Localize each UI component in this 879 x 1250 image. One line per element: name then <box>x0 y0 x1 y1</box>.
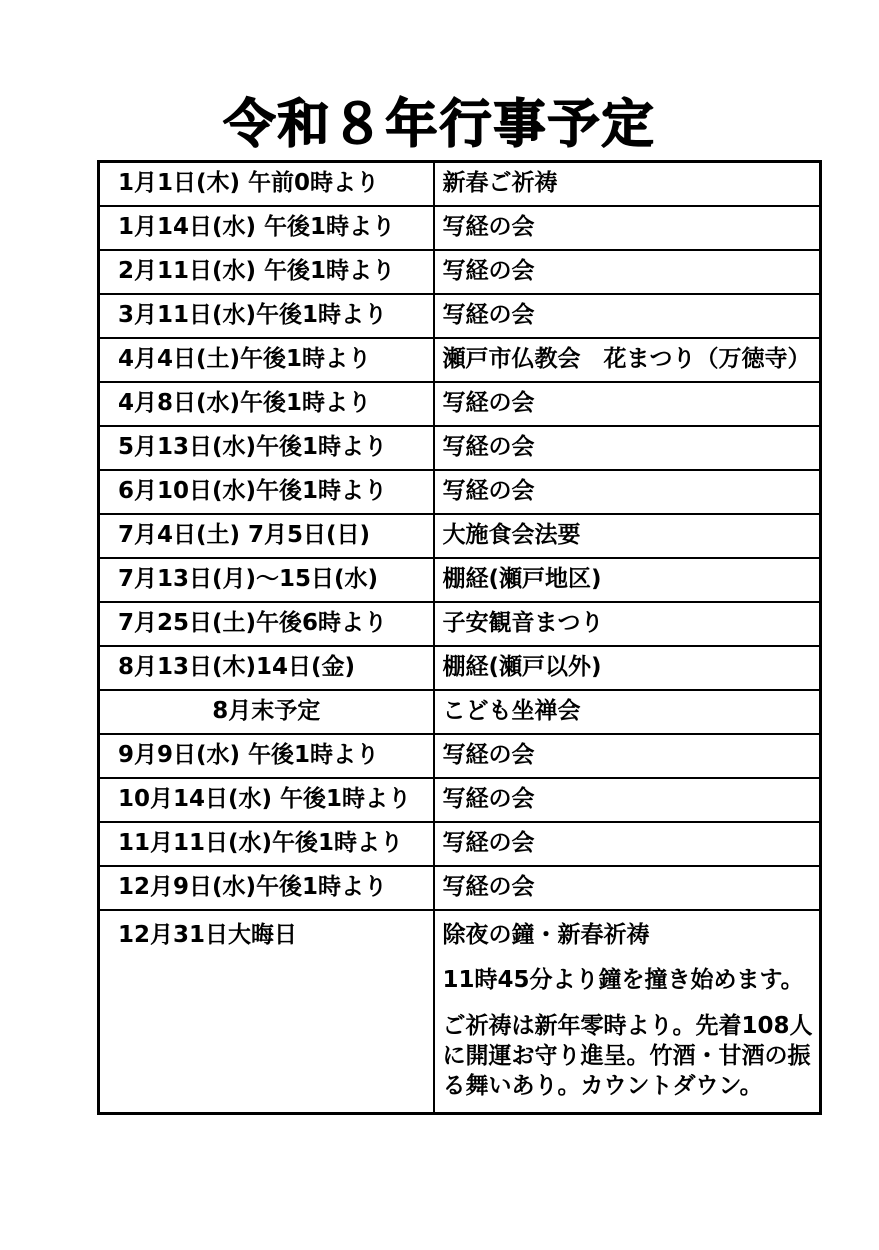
event-paragraph: 11時45分より鐘を撞き始めます。 <box>443 966 814 996</box>
table-row: 5月13日(水)午後1時より写経の会 <box>99 426 821 470</box>
date-cell: 7月4日(土) 7月5日(日) <box>99 514 434 558</box>
table-row: 12月9日(水)午後1時より写経の会 <box>99 866 821 910</box>
event-cell: 写経の会 <box>434 206 821 250</box>
event-cell: こども坐禅会 <box>434 690 821 734</box>
date-cell: 4月8日(水)午後1時より <box>99 382 434 426</box>
event-cell: 写経の会 <box>434 426 821 470</box>
schedule-table-body: 1月1日(木) 午前0時より新春ご祈祷1月14日(水) 午後1時より写経の会2月… <box>99 162 821 1114</box>
page-title: 令和８年行事予定 <box>0 82 879 157</box>
table-row: 4月8日(水)午後1時より写経の会 <box>99 382 821 426</box>
date-cell: 1月1日(木) 午前0時より <box>99 162 434 206</box>
date-cell: 5月13日(水)午後1時より <box>99 426 434 470</box>
event-paragraph: ご祈祷は新年零時より。先着108人に開運お守り進呈。竹酒・甘酒の振る舞いあり。カ… <box>443 1012 814 1102</box>
event-cell: 除夜の鐘・新春祈祷11時45分より鐘を撞き始めます。ご祈祷は新年零時より。先着1… <box>434 910 821 1114</box>
schedule-table: 1月1日(木) 午前0時より新春ご祈祷1月14日(水) 午後1時より写経の会2月… <box>97 160 822 1115</box>
document-page: 令和８年行事予定 1月1日(木) 午前0時より新春ご祈祷1月14日(水) 午後1… <box>0 0 879 1250</box>
event-cell: 写経の会 <box>434 778 821 822</box>
event-cell: 写経の会 <box>434 294 821 338</box>
table-row: 8月13日(木)14日(金)棚経(瀬戸以外) <box>99 646 821 690</box>
table-row: 6月10日(水)午後1時より写経の会 <box>99 470 821 514</box>
event-cell: 写経の会 <box>434 866 821 910</box>
event-cell: 棚経(瀬戸以外) <box>434 646 821 690</box>
date-cell: 11月11日(水)午後1時より <box>99 822 434 866</box>
table-row: 4月4日(土)午後1時より瀬戸市仏教会 花まつり（万徳寺） <box>99 338 821 382</box>
date-cell: 7月25日(土)午後6時より <box>99 602 434 646</box>
table-row: 8月末予定こども坐禅会 <box>99 690 821 734</box>
event-cell: 棚経(瀬戸地区) <box>434 558 821 602</box>
event-cell: 写経の会 <box>434 822 821 866</box>
date-cell: 4月4日(土)午後1時より <box>99 338 434 382</box>
event-cell: 瀬戸市仏教会 花まつり（万徳寺） <box>434 338 821 382</box>
event-cell: 子安観音まつり <box>434 602 821 646</box>
table-row: 7月4日(土) 7月5日(日)大施食会法要 <box>99 514 821 558</box>
table-row: 12月31日大晦日除夜の鐘・新春祈祷11時45分より鐘を撞き始めます。ご祈祷は新… <box>99 910 821 1114</box>
table-row: 10月14日(水) 午後1時より写経の会 <box>99 778 821 822</box>
date-cell: 3月11日(水)午後1時より <box>99 294 434 338</box>
event-cell: 写経の会 <box>434 250 821 294</box>
date-cell: 1月14日(水) 午後1時より <box>99 206 434 250</box>
date-cell: 7月13日(月)～15日(水) <box>99 558 434 602</box>
date-cell: 6月10日(水)午後1時より <box>99 470 434 514</box>
date-cell: 2月11日(水) 午後1時より <box>99 250 434 294</box>
table-row: 1月14日(水) 午後1時より写経の会 <box>99 206 821 250</box>
date-cell: 8月13日(木)14日(金) <box>99 646 434 690</box>
table-row: 2月11日(水) 午後1時より写経の会 <box>99 250 821 294</box>
date-cell: 10月14日(水) 午後1時より <box>99 778 434 822</box>
table-row: 9月9日(水) 午後1時より写経の会 <box>99 734 821 778</box>
event-cell: 大施食会法要 <box>434 514 821 558</box>
event-paragraph: 除夜の鐘・新春祈祷 <box>443 921 814 951</box>
event-cell: 新春ご祈祷 <box>434 162 821 206</box>
event-cell: 写経の会 <box>434 470 821 514</box>
table-row: 11月11日(水)午後1時より写経の会 <box>99 822 821 866</box>
table-row: 1月1日(木) 午前0時より新春ご祈祷 <box>99 162 821 206</box>
date-cell: 8月末予定 <box>99 690 434 734</box>
date-cell: 12月31日大晦日 <box>99 910 434 1114</box>
date-cell: 9月9日(水) 午後1時より <box>99 734 434 778</box>
date-cell: 12月9日(水)午後1時より <box>99 866 434 910</box>
event-cell: 写経の会 <box>434 382 821 426</box>
table-row: 7月25日(土)午後6時より子安観音まつり <box>99 602 821 646</box>
event-cell: 写経の会 <box>434 734 821 778</box>
table-row: 7月13日(月)～15日(水)棚経(瀬戸地区) <box>99 558 821 602</box>
table-row: 3月11日(水)午後1時より写経の会 <box>99 294 821 338</box>
